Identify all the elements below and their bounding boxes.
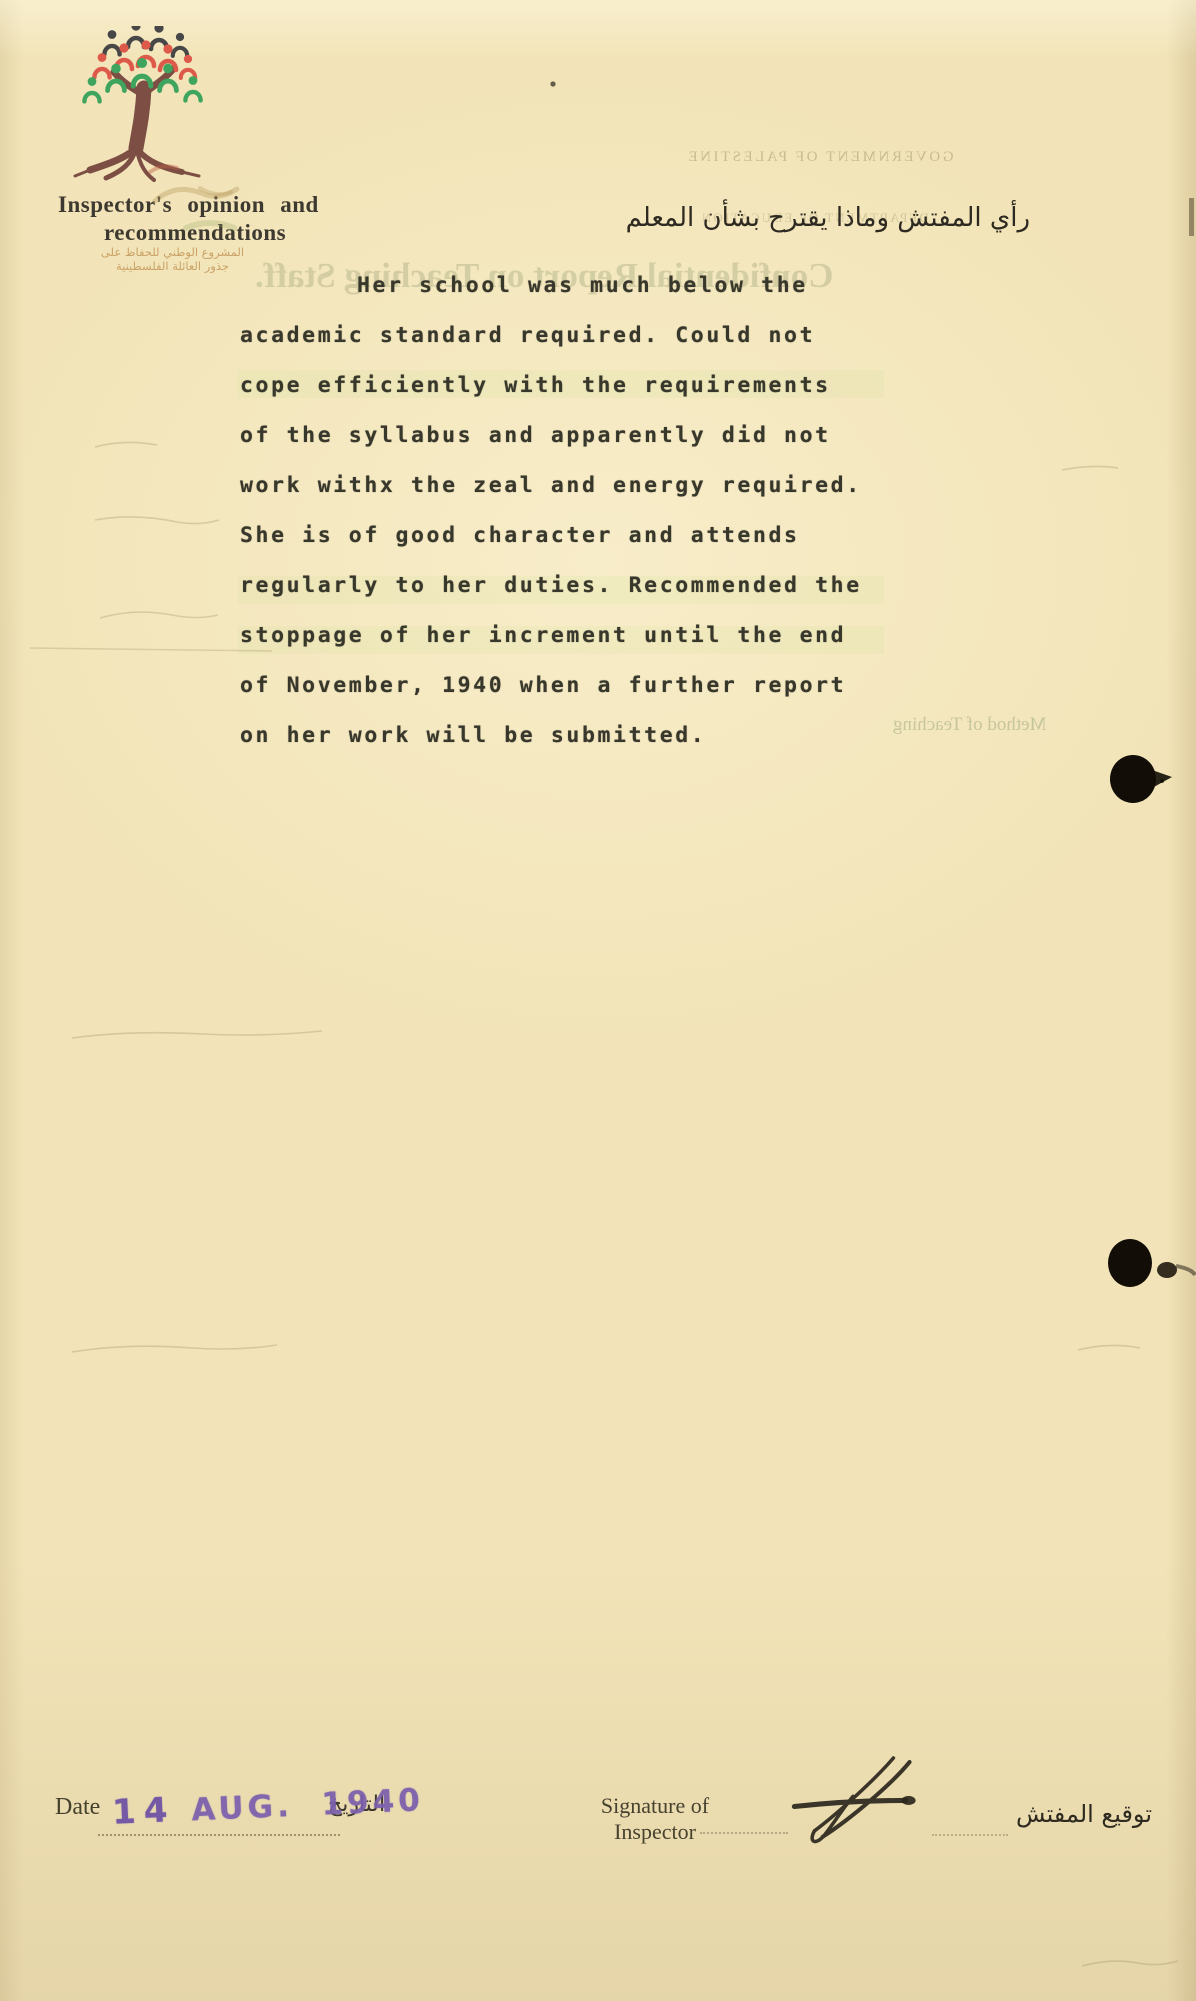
bleedthrough-government-line: GOVERNMENT OF PALESTINE xyxy=(686,149,954,166)
inspector-opinion-label-line1: Inspector's opinion and xyxy=(58,192,319,218)
logo-tagline-arabic: المشروع الوطني للحفاظ على جذور العائلة ا… xyxy=(80,246,265,273)
tree-of-people-logo-icon xyxy=(55,26,227,188)
body-line: stoppage of her increment until the end xyxy=(240,611,920,661)
signature-arabic-dotted-line xyxy=(932,1808,1008,1836)
date-stamp-day: 14 xyxy=(111,1790,176,1833)
ink-blot-icon xyxy=(1110,755,1172,803)
logo-tagline-line1: المشروع الوطني للحفاظ على xyxy=(101,245,244,259)
document-page: Inspector's opinion and recommendations … xyxy=(0,0,1196,2001)
inspector-opinion-label-line2: recommendations xyxy=(104,220,286,246)
inspector-signature-mark xyxy=(780,1756,932,1852)
body-line: cope efficiently with the requirements xyxy=(240,361,920,411)
arabic-header-label: رأي المفتش وماذا يقترح بشأن المعلم xyxy=(620,203,1030,233)
body-line: regularly to her duties. Recommended the xyxy=(240,561,920,611)
signature-label-line1: Signature of xyxy=(601,1793,709,1818)
paper-crease xyxy=(30,648,272,651)
body-line: work withx the zeal and energy required. xyxy=(240,461,920,511)
body-line: of November, 1940 when a further report xyxy=(240,661,920,711)
body-line: Her school was much below the xyxy=(240,261,920,311)
stray-dot xyxy=(550,81,555,86)
page-edge-mark xyxy=(1189,198,1194,236)
signature-label-line2: Inspector xyxy=(614,1819,696,1844)
body-line: on her work will be submitted. xyxy=(240,711,920,761)
date-label: Date xyxy=(55,1794,100,1821)
signature-label-arabic: توقيع المفتش xyxy=(1002,1800,1152,1828)
logo-tagline-line2: جذور العائلة الفلسطينية xyxy=(116,259,229,273)
typewritten-report-text: Her school was much below the academic s… xyxy=(240,261,920,761)
ink-blot-icon xyxy=(1108,1239,1195,1287)
body-line: of the syllabus and apparently did not xyxy=(240,411,920,461)
body-line: academic standard required. Could not xyxy=(240,311,920,361)
signature-of-inspector-label: Signature of Inspector xyxy=(565,1793,745,1845)
body-line: She is of good character and attends xyxy=(240,511,920,561)
date-stamp-rest: AUG. 1940 xyxy=(191,1782,425,1828)
date-stamp: 14AUG. 1940 xyxy=(111,1779,424,1833)
